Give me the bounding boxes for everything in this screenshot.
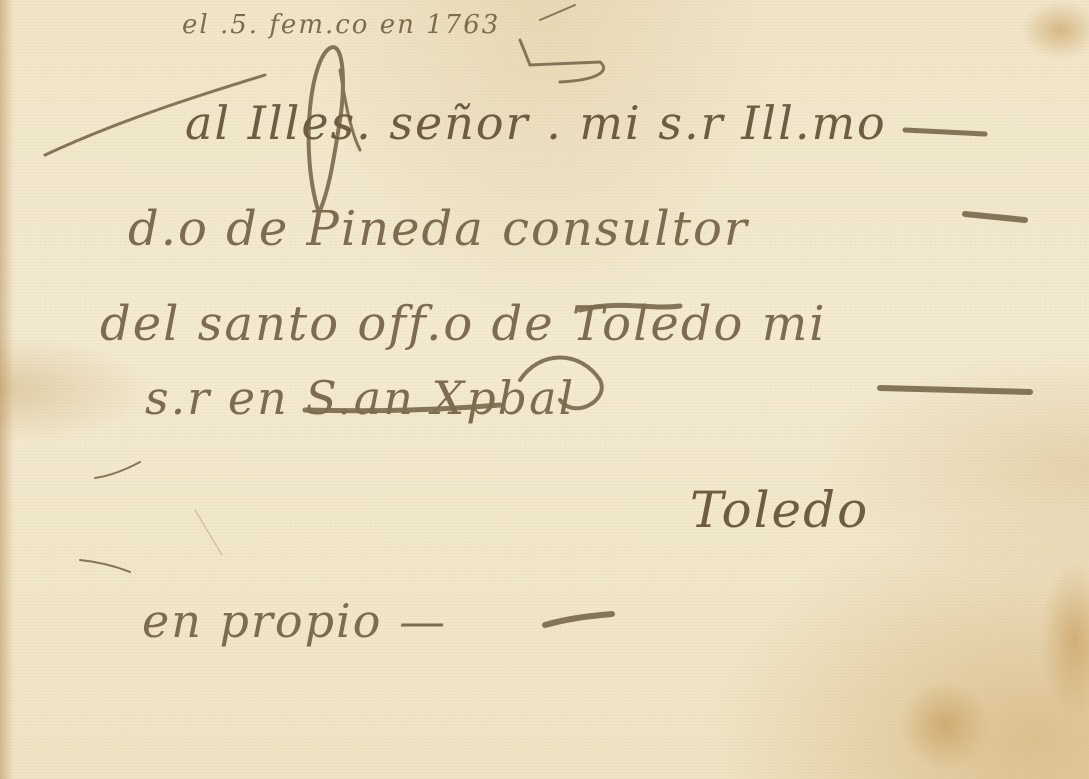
- address-line-2: d.o de Pineda consultor: [128, 205, 749, 253]
- manuscript-page: el .5. fem.co en 1763 al Illes. señor . …: [0, 0, 1089, 779]
- delivery-note: en propio —: [142, 598, 447, 644]
- address-line-1: al Illes. señor . mi s.r Ill.mo: [185, 100, 887, 146]
- address-line-4: s.r en S.an Xpbal: [145, 375, 575, 421]
- docket-note: el .5. fem.co en 1763: [182, 12, 500, 38]
- city-line: Toledo: [690, 485, 869, 535]
- address-line-3: del santo off.o de Toledo mi: [100, 300, 827, 348]
